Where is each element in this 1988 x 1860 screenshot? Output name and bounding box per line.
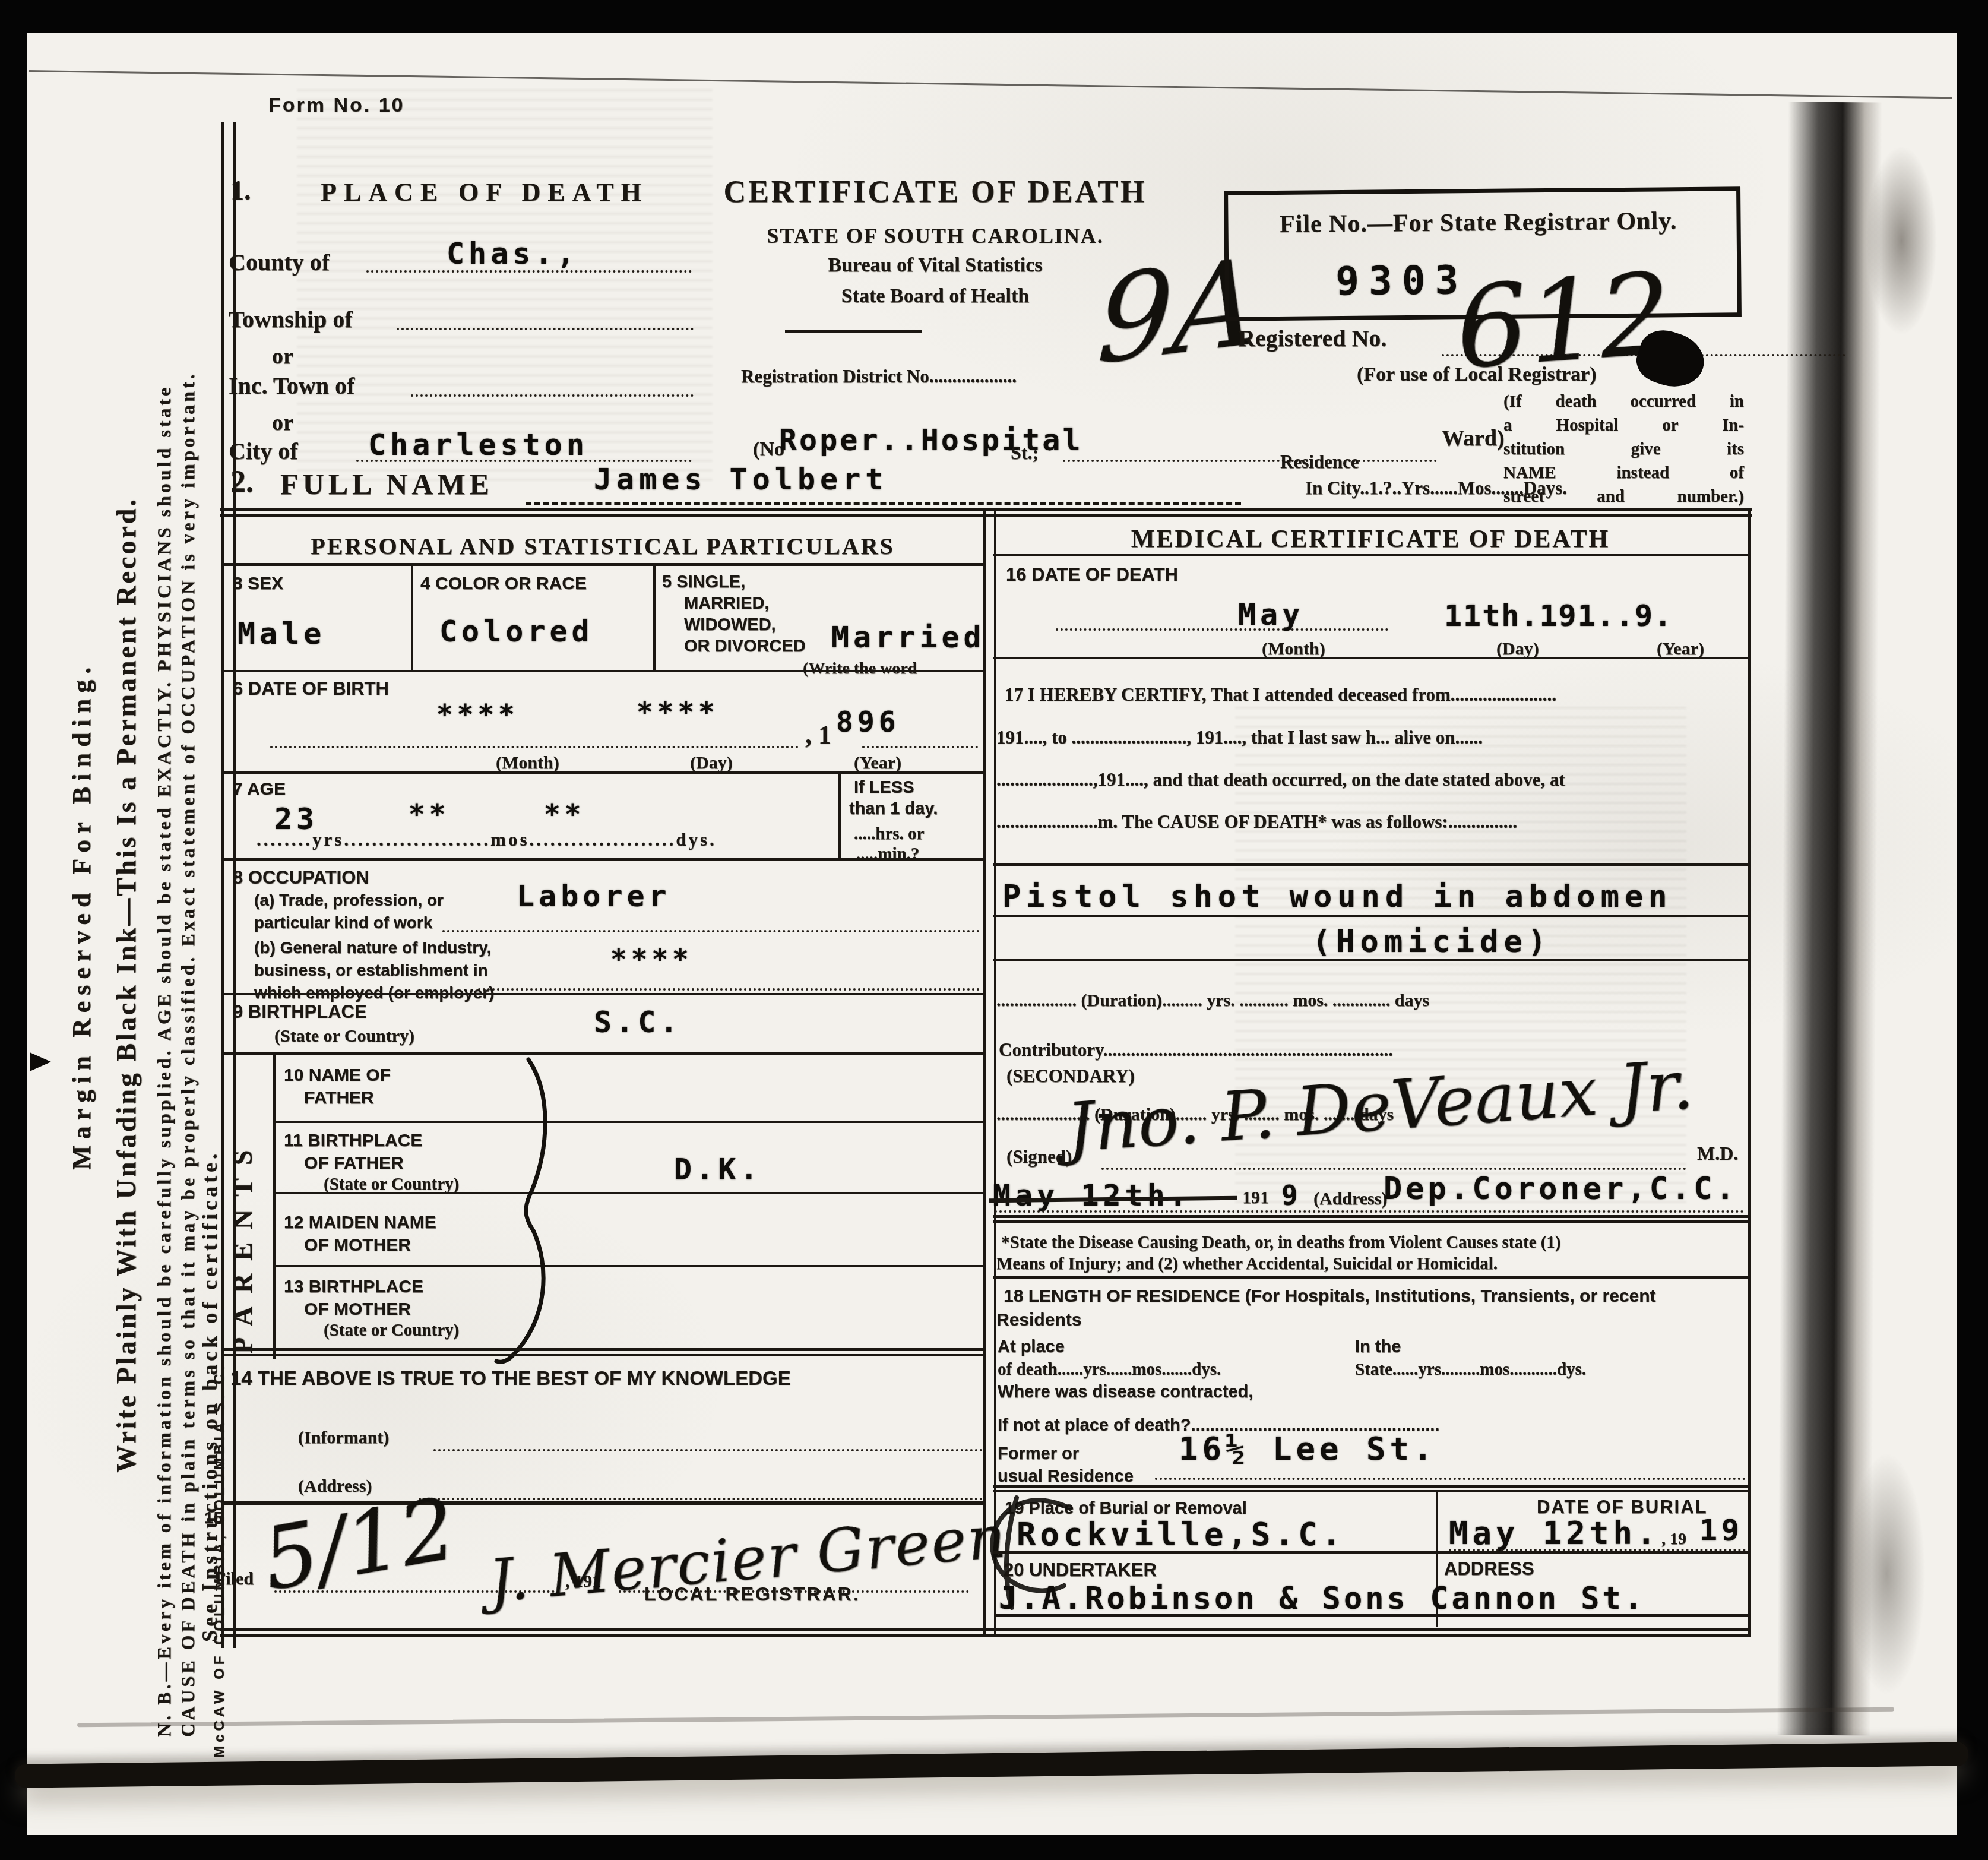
margin-note-binding: Margin Reserved For Binding. (67, 564, 97, 1170)
ward-leader-line (1063, 441, 1437, 462)
scanned-death-certificate: Margin Reserved For Binding. Write Plain… (0, 0, 1988, 1860)
st-label: St.; (1011, 442, 1039, 464)
section1-number: 1. (230, 175, 251, 206)
parents-inner-divider (273, 1055, 276, 1359)
occupation-a-value: Laborer (517, 879, 671, 913)
occupation-b-leader (478, 970, 980, 991)
age-bottom-rule (221, 858, 984, 861)
marital-label-2: MARRIED, (684, 594, 769, 613)
sex-value: Male (238, 616, 325, 651)
informant-address-leader (419, 1480, 983, 1500)
cause-of-death-line1: Pistol shot wound in abdomen (1002, 879, 1673, 915)
mother-birthplace-sub: (State or Country) (324, 1321, 459, 1340)
residence-label: Residence (1280, 451, 1359, 473)
duration-line-1: .................. (Duration)......... y… (996, 991, 1429, 1011)
birthplace-sub-label: (State or Country) (274, 1026, 414, 1046)
marital-label-4: OR DIVORCED (684, 637, 806, 656)
medical-title: MEDICAL CERTIFICATE OF DEATH (993, 525, 1748, 553)
margin-note-nb-line1: N. B.—Every item of information should b… (153, 193, 175, 1737)
county-value: Chas., (447, 236, 579, 271)
death-day-caption: (Day) (1496, 639, 1539, 659)
informant-leader (433, 1431, 983, 1451)
undertaker-value: J.A.Robinson & Sons Cannon St. (999, 1581, 1645, 1617)
section15-number: 15 (204, 1508, 223, 1527)
fullname-value: James Tolbert (594, 462, 888, 496)
column-divider-double-rule (983, 508, 996, 1637)
if-less-line-3: .....hrs. or (854, 824, 924, 844)
mother-birthplace-label-1: 13 BIRTHPLACE (284, 1277, 423, 1297)
father-birthplace-sub: (State or Country) (324, 1175, 459, 1194)
former-residence-label-2: usual Residence (998, 1467, 1134, 1486)
residence-line: In City..1.?..Yrs......Mos.......Days. (1305, 477, 1567, 499)
father-name-label-1: 10 NAME OF (284, 1065, 391, 1086)
section19-top-double-rule (993, 1485, 1748, 1492)
birthplace-value: S.C. (594, 1005, 682, 1039)
date-of-death-bottom-rule (993, 657, 1748, 659)
race-marital-divider (653, 566, 656, 670)
city-label: City of (229, 437, 298, 465)
form-bottom-double-rule (220, 1628, 1749, 1637)
certify-line-1: 17 I HEREBY CERTIFY, That I attended dec… (1005, 684, 1556, 706)
or-label-1: or (272, 343, 293, 369)
length-residence-line2: Residents (996, 1310, 1081, 1330)
signed-label: (Signed) (1006, 1146, 1072, 1168)
parents-row11-rule (273, 1192, 984, 1194)
certify-line-4: ......................m. The CAUSE OF DE… (996, 811, 1517, 833)
dob-month-caption: (Month) (496, 753, 559, 773)
bureau-line: Bureau of Vital Statistics (701, 254, 1170, 277)
certificate-title: CERTIFICATE OF DEATH (701, 175, 1170, 210)
marital-label-1: 5 SINGLE, (662, 572, 745, 592)
where-contracted-label: Where was disease contracted, (998, 1383, 1253, 1402)
city-value: Charleston (368, 428, 588, 462)
birthplace-bottom-rule (221, 1052, 984, 1055)
mother-maiden-label-1: 12 MAIDEN NAME (284, 1213, 436, 1233)
medical-title-rule (993, 554, 1748, 556)
sex-label: 3 SEX (233, 574, 283, 594)
occupation-bottom-rule (221, 993, 984, 995)
fullname-label: FULL NAME (280, 467, 493, 501)
at-place-label: At place (998, 1337, 1065, 1357)
margin-note-nb-line2: CAUSE OF DEATH in plain terms so that it… (177, 193, 199, 1737)
parents-row12-rule (273, 1265, 984, 1267)
in-state-units-line: State......yrs.........mos...........dys… (1355, 1360, 1586, 1380)
marital-value: Married (831, 620, 986, 654)
at-place-units-line: of death......yrs......mos.......dys. (998, 1360, 1221, 1380)
contributory-line: Contributory............................… (999, 1039, 1393, 1061)
dob-leader-1 (270, 728, 799, 748)
dob-day-caption: (Day) (690, 753, 733, 773)
cause-line1-underline (993, 915, 1748, 917)
cause-of-death-line2: (Homicide) (1312, 924, 1552, 960)
mother-maiden-label-2: OF MOTHER (304, 1235, 411, 1255)
footnote-line-2: Means of Injury; and (2) whether Acciden… (996, 1254, 1498, 1274)
length-residence-line1: 18 LENGTH OF RESIDENCE (For Hospitals, I… (1004, 1286, 1656, 1307)
dob-day-stars: **** (637, 696, 719, 728)
parents-row10-rule (273, 1121, 984, 1123)
age-days-stars: ** (544, 798, 585, 830)
death-year-caption: (Year) (1657, 639, 1704, 659)
father-birthplace-value: D.K. (674, 1152, 762, 1187)
occupation-a-line1: (a) Trade, profession, or (254, 891, 444, 910)
if-less-line-2: than 1 day. (849, 799, 938, 819)
mother-birthplace-label-2: OF MOTHER (304, 1299, 411, 1320)
undertaker-address-label: ADDRESS (1444, 1558, 1534, 1580)
fullname-number: 2. (230, 464, 254, 499)
burial-date-leader (1449, 1531, 1746, 1551)
occupation-b-line1: (b) General nature of Industry, (254, 938, 491, 957)
father-birthplace-label-1: 11 BIRTHPLACE (284, 1131, 422, 1151)
age-subbox-divider (838, 774, 841, 858)
note-line: a Hospital or In- (1503, 416, 1744, 435)
note-line: (If death occurred in (1503, 392, 1744, 412)
or-label-2: or (272, 410, 293, 436)
cause-top-rule (993, 863, 1748, 866)
registered-no-label: Registered No. (1238, 324, 1386, 352)
footnote-line-1: *State the Disease Causing Death, or, in… (1001, 1233, 1560, 1252)
ward-label: Ward) (1442, 425, 1505, 451)
bleedthrough-ghost-header (297, 89, 713, 481)
date-of-death-leader (1056, 610, 1388, 631)
former-residence-value: 16½ Lee St. (1179, 1430, 1437, 1467)
coroner-bottom-double-rule (993, 1215, 1748, 1223)
file-box-label: File No.—For State Registrar Only. (1232, 206, 1724, 239)
coroner-leader (995, 1192, 1744, 1213)
death-day-year-value: 11th.191..9. (1444, 599, 1673, 633)
dob-month-stars: **** (436, 698, 519, 730)
race-label: 4 COLOR OR RACE (420, 574, 587, 594)
form-right-rule (1748, 508, 1751, 1637)
occupation-b-value: **** (610, 943, 693, 975)
state-line: STATE OF SOUTH CAROLINA. (701, 223, 1170, 248)
statistical-title: PERSONAL AND STATISTICAL PARTICULARS (221, 532, 984, 560)
father-birthplace-label-2: OF FATHER (304, 1153, 404, 1173)
father-name-label-2: FATHER (304, 1088, 374, 1108)
age-label: 7 AGE (233, 779, 286, 799)
local-registrar-use-note: (For use of Local Registrar) (1357, 363, 1596, 386)
certify-line-3: .....................,191...., and that … (996, 769, 1565, 790)
statistical-title-rule (221, 563, 984, 566)
write-word-note: (Write the word (803, 659, 917, 678)
dob-comma-one: , 1 (805, 720, 831, 750)
cause-line2-underline (993, 959, 1748, 961)
handwritten-brace (492, 1056, 581, 1368)
undertaker-label: 20 UNDERTAKER (1004, 1560, 1157, 1581)
dob-label: 6 DATE OF BIRTH (233, 678, 389, 700)
if-less-line-4: .....min.? (856, 844, 919, 864)
county-label: County of (229, 248, 330, 276)
marital-label-3: WIDOWED, (684, 615, 776, 635)
parents-vertical-label: PARENTS (227, 1081, 258, 1354)
signed-leader (1101, 1150, 1686, 1170)
dob-bottom-rule (221, 771, 984, 774)
age-units-line: ........yrs.....................mos.....… (257, 829, 717, 850)
occupation-b-line2: business, or establishment in (254, 961, 488, 980)
signed-md-label: M.D. (1697, 1143, 1738, 1165)
binding-smudge-top (1853, 110, 1951, 371)
file-number-value: 9303 (1335, 257, 1468, 304)
township-label: Township of (229, 305, 353, 333)
secondary-label: (SECONDARY) (1006, 1065, 1135, 1087)
margin-note-permanent-record: Write Plainly With Unfading Black Ink—Th… (110, 178, 142, 1473)
undertaker-underline (996, 1614, 1749, 1617)
filed-label: Filed (215, 1569, 254, 1589)
dob-year-caption: (Year) (854, 753, 901, 773)
section18-top-rule (993, 1276, 1748, 1279)
death-month-caption: (Month) (1262, 639, 1325, 659)
section1-title: PLACE OF DEATH (321, 177, 648, 207)
margin-arrow-mark (30, 1052, 51, 1071)
registration-district-line: Registration District No................… (741, 366, 1017, 387)
if-less-line-1: If LESS (854, 778, 914, 798)
occupation-label: 8 OCCUPATION (233, 867, 369, 888)
dob-leader-2 (862, 728, 978, 748)
section14-statement: 14 THE ABOVE IS TRUE TO THE BEST OF MY K… (230, 1367, 791, 1390)
date-of-death-label: 16 DATE OF DEATH (1006, 564, 1178, 586)
death-month-value: May (1238, 597, 1304, 632)
township-leader-line (397, 309, 694, 330)
sex-race-divider (411, 566, 413, 670)
former-residence-label-1: Former or (998, 1444, 1079, 1464)
occupation-a-line2: particular kind of work (254, 913, 432, 932)
board-underline (785, 330, 922, 333)
birthplace-label: 9 BIRTHPLACE (233, 1001, 367, 1023)
row345-bottom-rule (221, 670, 984, 672)
in-the-label: In the (1355, 1337, 1401, 1357)
section20-top-rule (993, 1551, 1748, 1554)
binding-smudge-bottom (1832, 1402, 1942, 1746)
inc-town-label: Inc. Town of (229, 372, 354, 400)
parents-bottom-double-rule (221, 1348, 984, 1356)
certify-line-2: 191...., to ........................., 1… (996, 727, 1483, 748)
occupation-a-leader (442, 912, 980, 932)
race-value: Colored (439, 614, 594, 649)
form-number: Form No. 10 (268, 94, 404, 117)
age-months-stars: ** (409, 798, 449, 830)
inc-town-leader-line (411, 375, 694, 397)
informant-label: (Informant) (298, 1428, 389, 1448)
note-line: stitution give its (1503, 439, 1744, 459)
